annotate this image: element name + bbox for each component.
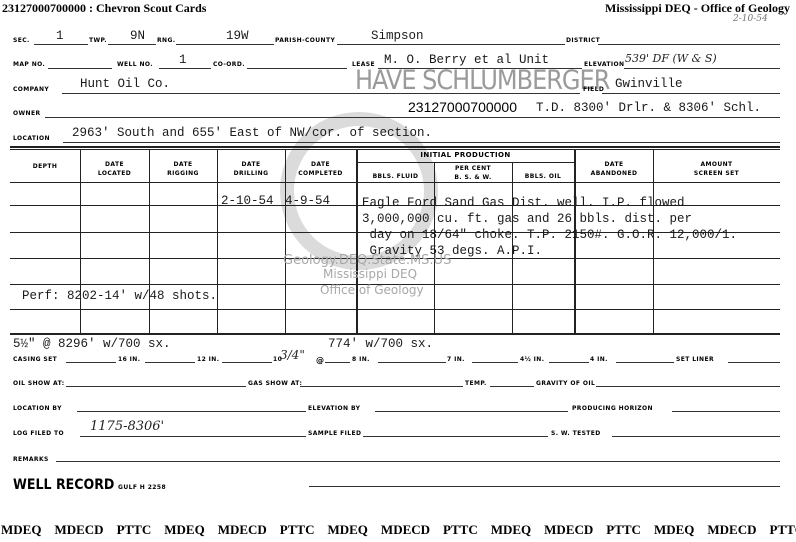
footer-item: MDECD xyxy=(218,522,267,538)
casing-8in-label: 8 IN. xyxy=(352,356,370,363)
perforation-note: Perf: 8202-14' w/48 shots. xyxy=(22,289,217,303)
sw-tested-label: S. W. TESTED xyxy=(551,430,601,437)
field-value: Gwinville xyxy=(615,77,683,91)
col-header-date-drilling: DATEDRILLING xyxy=(217,160,285,178)
location-label: LOCATION xyxy=(13,135,50,142)
casing-handwritten-size: 3/4" xyxy=(280,348,305,362)
production-line: day on 18/64" choke. T.P. 2150#. G.O.R. … xyxy=(362,227,737,243)
parish-county-label: PARISH-COUNTY xyxy=(275,37,335,44)
twp-label: TWP. xyxy=(89,37,107,44)
rng-label: RNG. xyxy=(157,37,175,44)
col-header-initial-production: INITIAL PRODUCTION xyxy=(357,151,574,160)
elevation-by-label: ELEVATION BY xyxy=(308,405,360,412)
footer-item: MDEQ xyxy=(491,522,531,538)
footer-item: MDEQ xyxy=(1,522,41,538)
producing-horizon-label: PRODUCING HORIZON xyxy=(572,405,653,412)
location-by-label: LOCATION BY xyxy=(13,405,62,412)
casing-7in-label: 7 IN. xyxy=(447,356,465,363)
footer-item: MDEQ xyxy=(327,522,367,538)
owner-label: OWNER xyxy=(13,110,40,117)
casing-set-label: CASING SET xyxy=(13,356,57,363)
watermark-line3: Office of Geology xyxy=(320,283,424,297)
footer-item: MDECD xyxy=(707,522,756,538)
sample-filed-label: SAMPLE FILED xyxy=(308,430,361,437)
date-drilling-value: 2-10-54 xyxy=(221,194,274,208)
elevation-value: 539' DF (W & S) xyxy=(625,52,717,65)
map-no-label: MAP NO. xyxy=(13,61,45,68)
twp-value: 9N xyxy=(130,29,145,43)
watermark-line2: Mississippi DEQ xyxy=(323,267,417,281)
footer-item: PTTC xyxy=(606,522,641,538)
production-notes: Eagle Ford Sand Gas Dist. well. I.P. flo… xyxy=(362,195,737,259)
footer-item: MDEQ xyxy=(654,522,694,538)
casing-4in-label: 4 IN. xyxy=(590,356,608,363)
gravity-of-oil-label: GRAVITY OF OIL xyxy=(536,380,595,387)
col-header-date-abandoned: DATEABANDONED xyxy=(575,160,653,178)
log-filed-to-value: 1175-8306' xyxy=(90,419,164,434)
company-value: Hunt Oil Co. xyxy=(80,77,170,91)
casing-note-left: 5½" @ 8296' w/700 sx. xyxy=(13,337,171,351)
field-label: FIELD xyxy=(583,86,604,93)
footer-item: PTTC xyxy=(117,522,152,538)
set-liner-label: SET LINER xyxy=(676,356,714,363)
production-line: 3,000,000 cu. ft. gas and 26 bbls. dist.… xyxy=(362,211,737,227)
rng-value: 19W xyxy=(226,29,249,43)
page-title-left: 23127000700000 : Chevron Scout Cards xyxy=(2,1,206,16)
form-title: WELL RECORD xyxy=(13,477,114,493)
footer-item: PTTC xyxy=(770,522,796,538)
col-header-date-located: DATELOCATED xyxy=(80,160,149,178)
watermark-url: Geology.DEQ.State.MS.US xyxy=(283,253,451,268)
footer-item: MDECD xyxy=(544,522,593,538)
casing-4half-in-label: 4½ IN. xyxy=(520,356,544,363)
gas-show-label: GAS SHOW AT: xyxy=(248,380,302,387)
col-header-depth: DEPTH xyxy=(10,162,80,171)
api-number: 23127000700000 xyxy=(408,99,517,115)
parish-county-value: Simpson xyxy=(371,29,424,43)
location-value: 2963' South and 655' East of NW/cor. of … xyxy=(72,126,432,140)
footer-item: MDEQ xyxy=(164,522,204,538)
date-completed-value: 4-9-54 xyxy=(285,194,330,208)
casing-12in-label: 12 IN. xyxy=(197,356,219,363)
footer-item: PTTC xyxy=(443,522,478,538)
co-ord-label: CO-ORD. xyxy=(213,61,245,68)
log-filed-to-label: LOG FILED TO xyxy=(13,430,64,437)
well-no-value: 1 xyxy=(179,53,187,67)
casing-16in-label: 16 IN. xyxy=(118,356,140,363)
casing-10in-label: 10 xyxy=(273,356,282,363)
col-header-bbls-oil: BBLS. OIL xyxy=(512,172,574,181)
form-number: GULF H 2258 xyxy=(118,484,166,491)
production-line: Eagle Ford Sand Gas Dist. well. I.P. flo… xyxy=(362,195,737,211)
footer-banner: MDEQMDECDPTTCMDEQMDECDPTTCMDEQMDECDPTTCM… xyxy=(1,522,796,538)
company-label: COMPANY xyxy=(13,86,49,93)
temp-label: TEMP. xyxy=(465,380,487,387)
footer-item: MDECD xyxy=(54,522,103,538)
col-header-amount-screen-set: AMOUNTSCREEN SET xyxy=(653,160,780,178)
col-header-per-cent-bsw: PER CENTB. S. & W. xyxy=(434,164,512,182)
col-header-date-rigging: DATERIGGING xyxy=(149,160,217,178)
well-no-label: WELL NO. xyxy=(117,61,153,68)
col-header-date-completed: DATECOMPLETED xyxy=(285,160,356,178)
remarks-label: REMARKS xyxy=(13,456,49,463)
sec-value: 1 xyxy=(56,29,64,43)
corner-date-note: 2-10-54 xyxy=(733,14,768,24)
footer-item: MDECD xyxy=(381,522,430,538)
oil-show-label: OIL SHOW AT: xyxy=(13,380,65,387)
total-depth-value: T.D. 8300' Drlr. & 8306' Schl. xyxy=(536,101,761,115)
district-label: DISTRICT xyxy=(566,37,600,44)
casing-at-sign: @ xyxy=(316,356,324,365)
footer-item: PTTC xyxy=(280,522,315,538)
casing-note-right: 774' w/700 sx. xyxy=(328,337,433,351)
col-header-bbls-fluid: BBLS. FLUID xyxy=(357,172,434,181)
sec-label: SEC. xyxy=(13,37,30,44)
have-schlumberger-stamp: HAVE SCHLUMBERGER xyxy=(355,65,609,96)
